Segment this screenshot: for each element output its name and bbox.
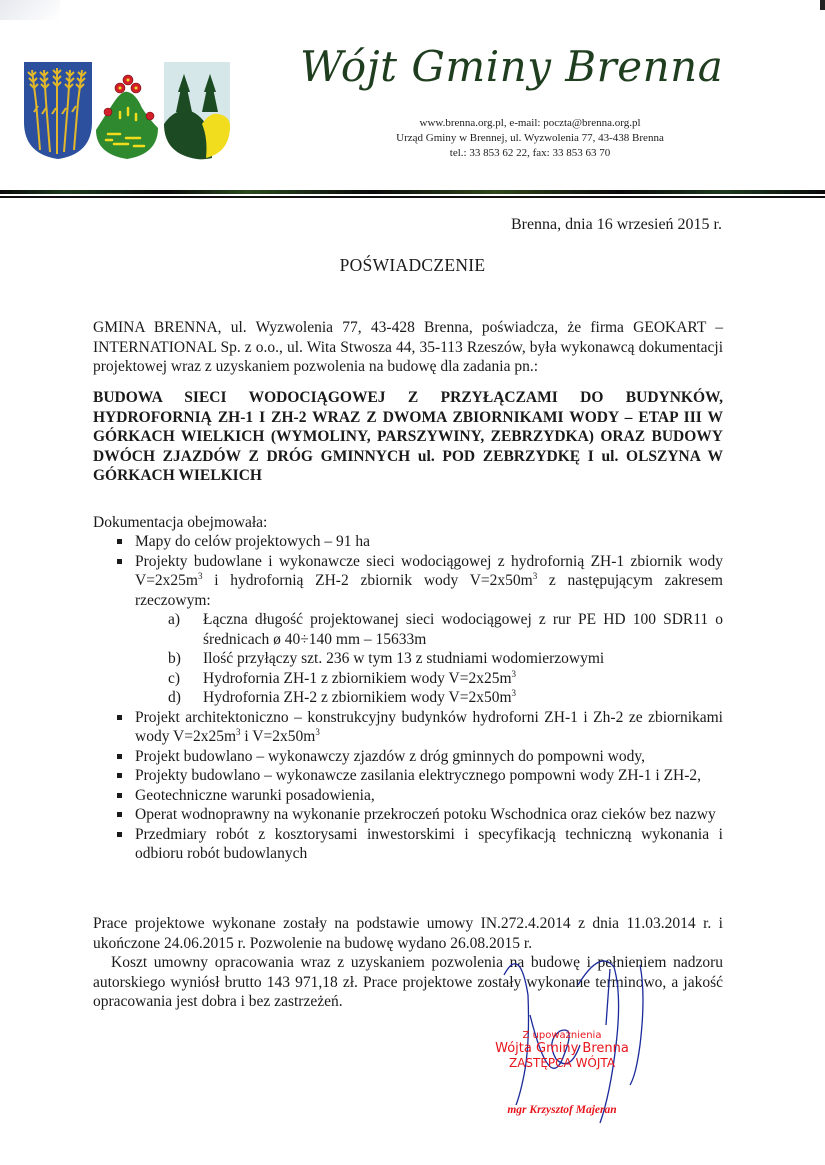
scan-shading — [0, 0, 60, 20]
list-item: Geotechniczne warunki posadowienia, — [93, 786, 723, 806]
contact-web-email: www.brenna.org.pl, e-mail: poczta@brenna… — [320, 116, 740, 131]
sublist-item: a)Łączna długość projektowanej sieci wod… — [168, 610, 723, 649]
wheat-crest-icon — [24, 62, 92, 159]
sublist-item: d)Hydrofornia ZH-2 z zbiornikiem wody V=… — [168, 688, 723, 708]
stamp-position: ZASTĘPCA WÓJTA — [462, 1056, 662, 1070]
list-item: Projekt architektoniczno – konstrukcyjny… — [93, 708, 723, 747]
scope-sublist: a)Łączna długość projektowanej sieci wod… — [135, 610, 723, 708]
sublist-item: b)Ilość przyłączy szt. 236 w tym 13 z st… — [168, 649, 723, 669]
list-item: Mapy do celów projektowych – 91 ha — [93, 532, 723, 552]
contact-address: Urząd Gminy w Brennej, ul. Wyzwolenia 77… — [320, 131, 740, 146]
task-name: BUDOWA SIECI WODOCIĄGOWEJ Z PRZYŁĄCZAMI … — [93, 388, 723, 486]
list-item: Przedmiary robót z kosztorysami inwestor… — [93, 825, 723, 864]
spruce-hill-crest-icon — [164, 62, 230, 159]
intro-paragraph: GMINA BRENNA, ul. Wyzwolenia 77, 43-428 … — [93, 318, 723, 377]
letterhead-title: Wójt Gminy Brenna — [300, 42, 760, 91]
stamp-office: Wójta Gminy Brenna — [462, 1042, 662, 1056]
scan-edge-mark — [820, 0, 825, 10]
documentation-list: Mapy do celów projektowych – 91 ha Proje… — [93, 532, 723, 864]
municipality-crests — [22, 62, 232, 160]
list-item: Operat wodnoprawny na wykonanie przekroc… — [93, 805, 723, 825]
sublist-item: c)Hydrofornia ZH-1 z zbiornikiem wody V=… — [168, 669, 723, 689]
list-item: Projekty budowlano – wykonawcze zasilani… — [93, 766, 723, 786]
official-stamp: Z upoważnienia Wójta Gminy Brenna ZASTĘP… — [462, 1030, 662, 1116]
document-title: POŚWIADCZENIE — [0, 255, 825, 276]
place-and-date: Brenna, dnia 16 wrzesień 2015 r. — [500, 216, 722, 234]
letterhead-contact: www.brenna.org.pl, e-mail: poczta@brenna… — [320, 116, 740, 161]
flower-hill-crest-icon — [94, 62, 160, 159]
list-item: Projekt budowlano – wykonawczy zjazdów z… — [93, 747, 723, 767]
header-divider — [0, 190, 825, 200]
completion-paragraph: Prace projektowe wykonane zostały na pod… — [93, 914, 723, 953]
contact-phone-fax: tel.: 33 853 62 22, fax: 33 853 63 70 — [320, 146, 740, 161]
list-item: Projekty budowlane i wykonawcze sieci wo… — [93, 552, 723, 708]
documentation-label: Dokumentacja obejmowała: — [93, 513, 723, 533]
stamp-signatory-name: mgr Krzysztof Majeran — [462, 1104, 662, 1116]
